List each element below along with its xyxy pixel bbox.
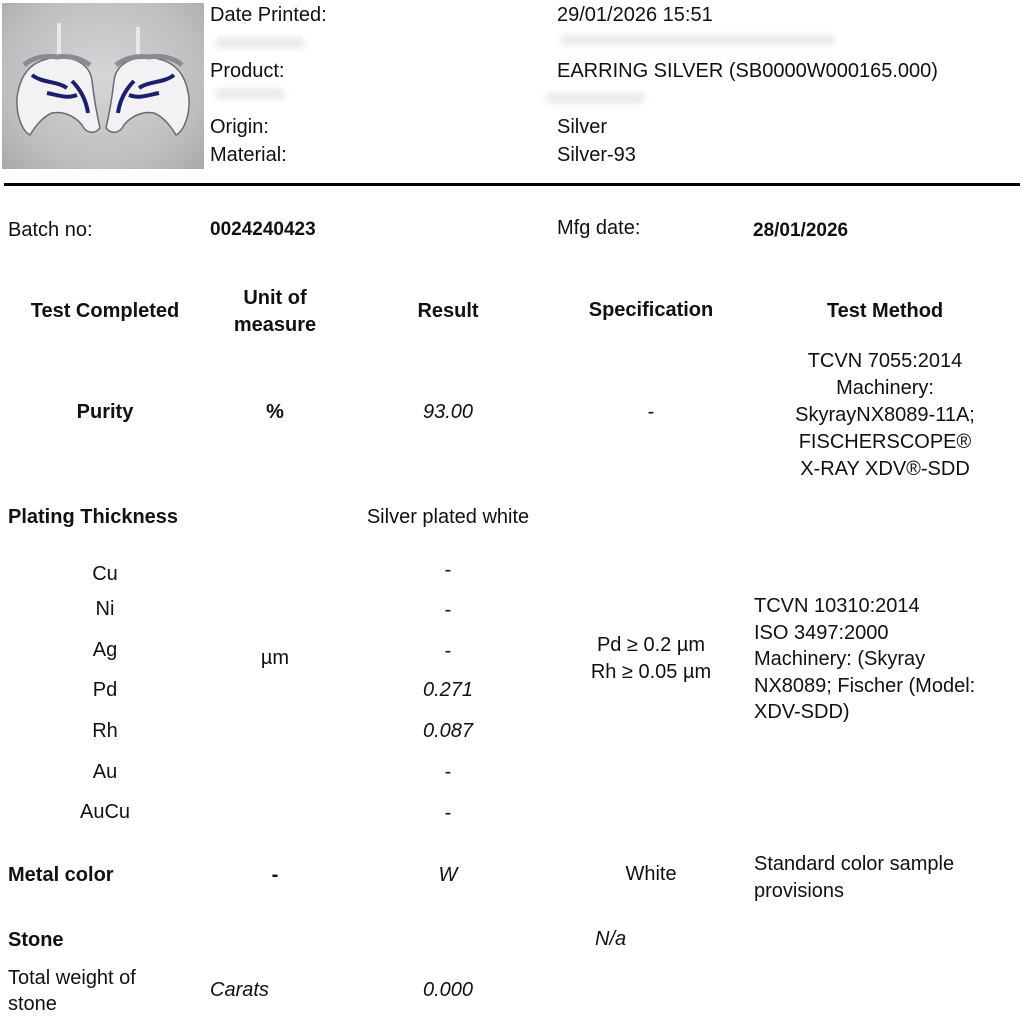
stone-spec: N/a [595, 928, 626, 951]
batch-value: 0024240423 [210, 219, 316, 241]
element-cu-result: - [368, 559, 528, 582]
purity-spec: - [566, 401, 736, 424]
element-aucu-result: - [368, 802, 528, 825]
purity-test: Purity [5, 401, 205, 424]
redacted-text [545, 92, 645, 104]
product-photo [2, 3, 204, 169]
element-ni: Ni [55, 598, 155, 621]
earring-image-icon [2, 3, 204, 169]
element-au: Au [55, 761, 155, 784]
col-header-result: Result [368, 298, 528, 324]
element-ag-result: - [368, 640, 528, 663]
element-ni-result: - [368, 599, 528, 622]
element-aucu: AuCu [55, 801, 155, 824]
redacted-text [215, 37, 305, 49]
metal-color-test: Metal color [8, 864, 114, 887]
metal-color-spec: White [566, 863, 736, 886]
plating-spec: Pd ≥ 0.2 µm Rh ≥ 0.05 µm [566, 632, 736, 686]
redacted-text [560, 34, 835, 46]
element-rh-result: 0.087 [368, 720, 528, 743]
header-divider [4, 183, 1020, 186]
stone-test: Stone [8, 929, 64, 952]
purity-result: 93.00 [368, 401, 528, 424]
product-value: EARRING SILVER (SB0000W000165.000) [557, 60, 938, 83]
material-value: Silver-93 [557, 144, 636, 167]
metal-color-unit: - [220, 864, 330, 887]
col-header-test-method: Test Method [785, 298, 985, 324]
element-au-result: - [368, 761, 528, 784]
element-pd-result: 0.271 [368, 679, 528, 702]
metal-color-result: W [368, 864, 528, 887]
material-label: Material: [210, 144, 287, 167]
origin-label: Origin: [210, 116, 269, 139]
stone-weight-unit: Carats [210, 979, 269, 1002]
col-header-unit: Unit of measure [220, 285, 330, 339]
redacted-text [215, 88, 285, 100]
metal-color-method: Standard color sample provisions [754, 851, 954, 904]
plating-unit: µm [220, 647, 330, 670]
batch-label: Batch no: [8, 219, 93, 242]
plating-test: Plating Thickness [8, 506, 178, 529]
col-header-specification: Specification [566, 297, 736, 323]
plating-result-header: Silver plated white [340, 506, 556, 529]
element-pd: Pd [55, 679, 155, 702]
purity-method: TCVN 7055:2014 Machinery: SkyrayNX8089-1… [765, 348, 1005, 483]
purity-unit: % [220, 401, 330, 424]
stone-weight-test: Total weight of stone [8, 965, 136, 1017]
product-label: Product: [210, 60, 284, 83]
element-rh: Rh [55, 720, 155, 743]
element-cu: Cu [55, 563, 155, 586]
col-header-test: Test Completed [5, 298, 205, 324]
stone-weight-result: 0.000 [368, 979, 528, 1002]
mfg-date-value: 28/01/2026 [753, 220, 848, 242]
element-ag: Ag [55, 639, 155, 662]
plating-method: TCVN 10310:2014 ISO 3497:2000 Machinery:… [754, 593, 975, 726]
mfg-date-label: Mfg date: [557, 217, 640, 240]
origin-value: Silver [557, 116, 607, 139]
date-printed-value: 29/01/2026 15:51 [557, 4, 713, 27]
date-printed-label: Date Printed: [210, 4, 327, 27]
